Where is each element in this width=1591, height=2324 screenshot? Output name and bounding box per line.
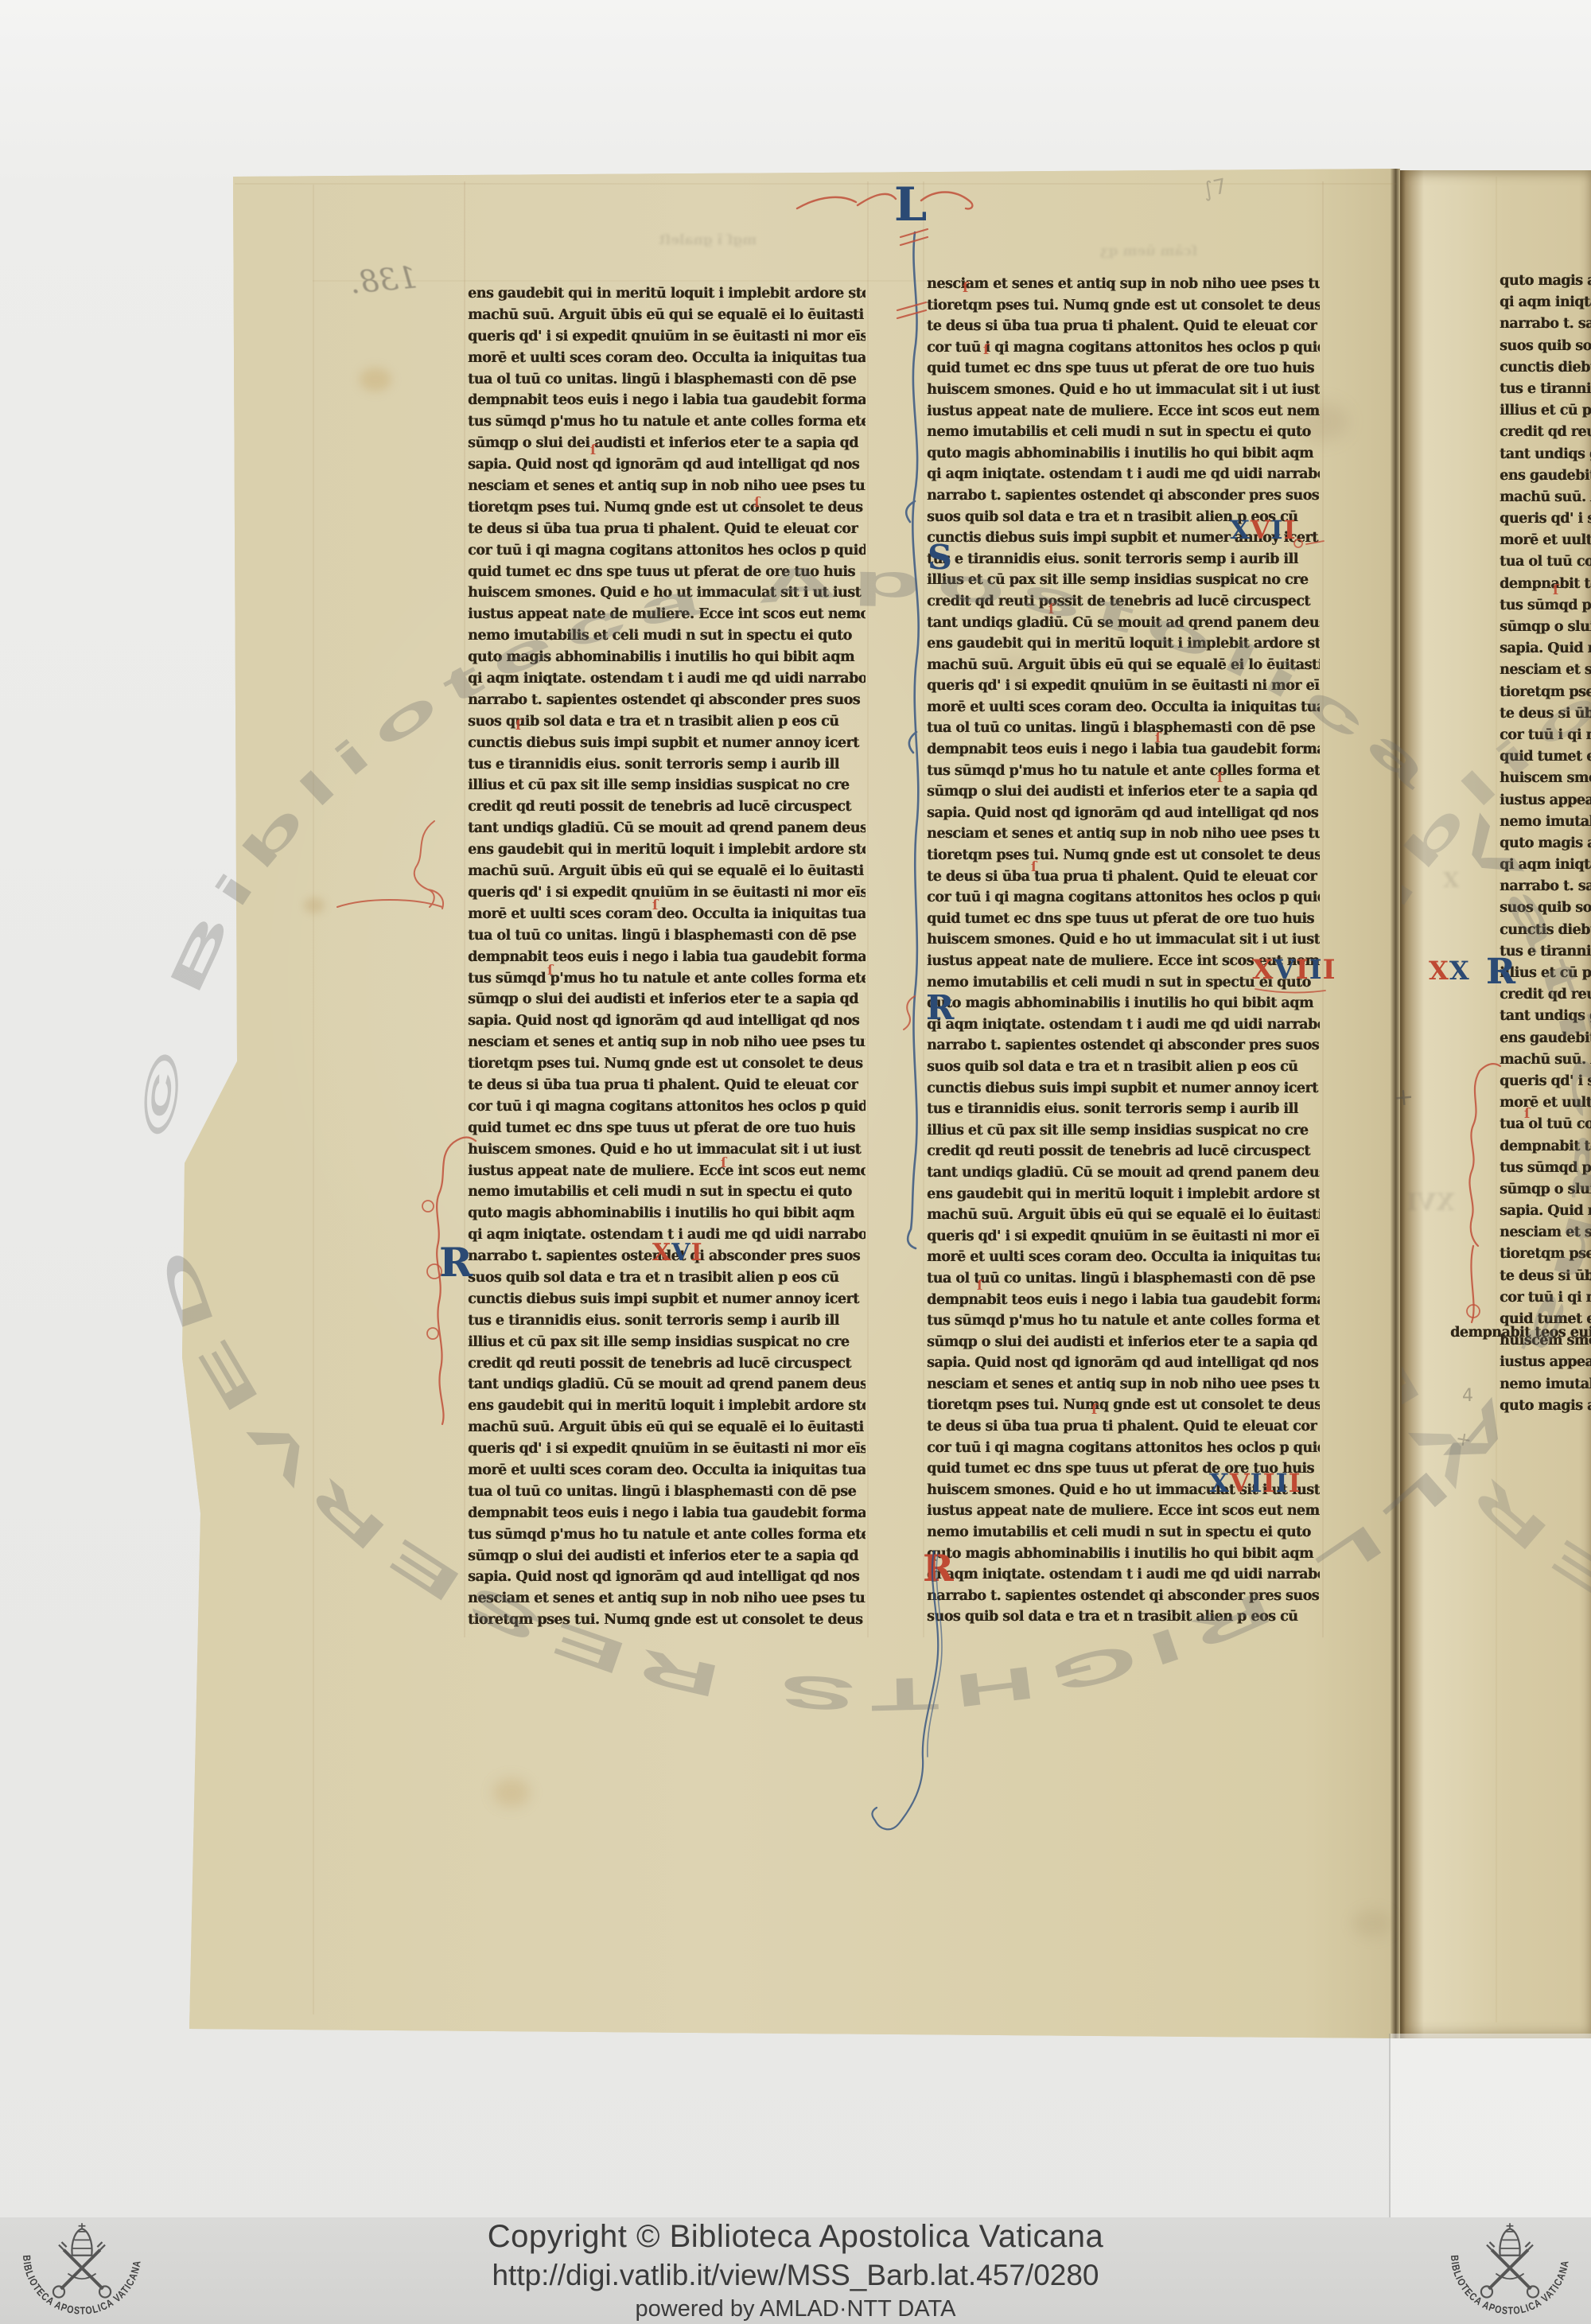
manuscript-text-line: te deus si ūba tua prua ti phalent. Quid… <box>927 1416 1320 1438</box>
illuminated-initial-L: L <box>894 181 927 228</box>
manuscript-text-line: nesciam et senes et antiq sup in nob nih… <box>927 823 1320 845</box>
manuscript-text-line: tua ol tuū co unitas. lingū i blasphemas… <box>468 925 866 947</box>
manuscript-text-line: credit qd reuti possit de tenebris ad lu… <box>468 1353 866 1375</box>
manuscript-text-line: machū suū. Arguit ūbis eū qui se equalē … <box>468 861 866 882</box>
manuscript-text-line: quto magis abhominabilis i inutilis ho q… <box>1500 833 1591 854</box>
manuscript-text-line: queris qd' i si expedit qnuiūm in se ēui… <box>468 326 866 348</box>
manuscript-text-line: huiscem smones. Quid e ho ut immaculat s… <box>1500 768 1591 789</box>
manuscript-text-line: sūmqp o slui dei audisti et inferios ete… <box>468 1546 866 1567</box>
manuscript-text-line: tioretqm pses tui. Numq gnde est ut cons… <box>468 1610 866 1631</box>
manuscript-text-line: cor tuū i qi magna cogitans attonitos he… <box>927 887 1320 909</box>
manuscript-text-line: nesciam et senes et antiq sup in nob nih… <box>468 1588 866 1610</box>
rubric-mark: ſ <box>963 280 968 296</box>
manuscript-text-line: huiscem smones. Quid e ho ut immaculat s… <box>927 929 1320 951</box>
manuscript-text-line: tus e tirannidis eius. sonit terroris se… <box>927 549 1320 570</box>
papal-keys-emblem <box>53 2223 111 2297</box>
manuscript-text-line: sūmqp o slui dei audisti et inferios ete… <box>1500 1179 1591 1201</box>
manuscript-text-line: qi aqm iniqtate. ostendam t i audi me qd… <box>468 668 866 690</box>
manuscript-text-line: suos quib sol data e tra et n trasibit a… <box>1500 336 1591 357</box>
manuscript-text-line: ens gaudebit qui in meritū loquit i impl… <box>1500 465 1591 487</box>
digitized-manuscript-scan: 138. ens gaudebit qui in meritū loquit i… <box>0 0 1591 2324</box>
manuscript-text-line: iustus appeat nate de muliere. Ecce int … <box>927 401 1320 422</box>
manuscript-text-line: dempnabit teos euis i nego i labia tua g… <box>468 947 866 968</box>
rubric-mark: ſ <box>754 495 760 511</box>
manuscript-text-line: tus e tirannidis eius. sonit terroris se… <box>1500 379 1591 400</box>
rubric-mark: ſ <box>590 442 596 458</box>
manuscript-text-line: sūmqp o slui dei audisti et inferios ete… <box>468 989 866 1010</box>
manuscript-text-line: tioretqm pses tui. Numq gnde est ut cons… <box>1500 682 1591 703</box>
vatican-library-logo-left: BIBLIOTECA APOSTOLICA VATICANA <box>6 2219 158 2324</box>
manuscript-text-line: tant undiqs gladiū. Cū se mouit ad qrend… <box>927 613 1320 634</box>
manuscript-text-line: tua ol tuū co unitas. lingū i blasphemas… <box>927 718 1320 739</box>
manuscript-text-line: narrabo t. sapientes ostendet qi abscond… <box>468 690 866 711</box>
pencil-annotation: 4 <box>1462 1386 1473 1406</box>
manuscript-text-line: nemo imutabilis et celi mudi n sut in sp… <box>927 422 1320 443</box>
manuscript-text-line: morē et uulti sces coram deo. Occulta ia… <box>468 1460 866 1481</box>
manuscript-text-line: suos quib sol data e tra et n trasibit a… <box>1500 897 1591 919</box>
manuscript-text-line: huiscem smones. Quid e ho ut immaculat s… <box>468 582 866 604</box>
manuscript-text-line: machū suū. Arguit ūbis eū qui se equalē … <box>468 305 866 326</box>
manuscript-text-line: cunctis diebus suis impi supbit et numer… <box>468 733 866 754</box>
manuscript-text-line: huiscem smones. Quid e ho ut immaculat s… <box>468 1139 866 1161</box>
chapter-numeral-XVI: XVI <box>652 1241 703 1265</box>
manuscript-text-line: nesciam et senes et antiq sup in nob nih… <box>468 476 866 497</box>
manuscript-text-line: narrabo t. sapientes ostendet qi abscond… <box>1500 313 1591 335</box>
rubric-mark: ſ <box>1155 730 1161 746</box>
manuscript-text-line: tant undiqs gladiū. Cū se mouit ad qrend… <box>468 1374 866 1396</box>
manuscript-text-line: morē et uulti sces coram deo. Occulta ia… <box>927 1247 1320 1268</box>
manuscript-text-line: te deus si ūba tua prua ti phalent. Quid… <box>468 1075 866 1096</box>
manuscript-text-line: quto magis abhominabilis i inutilis ho q… <box>1500 1396 1591 1417</box>
column-ruling-vertical <box>867 181 869 1637</box>
manuscript-text-line: nemo imutabilis et celi mudi n sut in sp… <box>1500 812 1591 833</box>
source-url: http://digi.vatlib.it/view/MSS_Barb.lat.… <box>492 2259 1099 2292</box>
manuscript-text-line: queris qd' i si expedit qnuiūm in se ēui… <box>927 1226 1320 1248</box>
manuscript-text-line: tus sūmqd p'mus ho tu natule et ante col… <box>468 1524 866 1546</box>
ink-showthrough-ghost: ueſaʒ tam <box>945 1165 1020 1181</box>
logo-arc-text: BIBLIOTECA APOSTOLICA VATICANA <box>1449 2255 1571 2317</box>
manuscript-text-line: tus e tirannidis eius. sonit terroris se… <box>468 1310 866 1332</box>
manuscript-text-line: tua ol tuū co unitas. lingū i blasphemas… <box>468 1481 866 1503</box>
background-seam-line <box>1389 2034 1391 2218</box>
manuscript-text-line: sapia. Quid nost qd ignorām qd aud intel… <box>1500 638 1591 660</box>
ink-showthrough-ghost: ſcām ūem qʒ <box>1101 243 1197 259</box>
manuscript-text-line: te deus si ūba tua prua ti phalent. Quid… <box>468 519 866 540</box>
manuscript-text-line: iustus appeat nate de muliere. Ecce int … <box>1500 1352 1591 1373</box>
manuscript-text-line: tus sūmqd p'mus ho tu natule et ante col… <box>927 761 1320 782</box>
manuscript-text-line: sūmqp o slui dei audisti et inferios ete… <box>927 1332 1320 1353</box>
manuscript-text-line: cunctis diebus suis impi supbit et numer… <box>1500 357 1591 379</box>
copyright-footer-bar: Copyright © Biblioteca Apostolica Vatica… <box>0 2217 1591 2324</box>
manuscript-text-line: suos quib sol data e tra et n trasibit a… <box>468 711 866 733</box>
manuscript-text-line: tua ol tuū co unitas. lingū i blasphemas… <box>1500 551 1591 573</box>
manuscript-text-line: tus sūmqd p'mus ho tu natule et ante col… <box>468 968 866 990</box>
manuscript-text-line: suos quib sol data e tra et n trasibit a… <box>468 1267 866 1289</box>
manuscript-text-line: tus sūmqd p'mus ho tu natule et ante col… <box>927 1310 1320 1332</box>
manuscript-text-line: iustus appeat nate de muliere. Ecce int … <box>927 1501 1320 1522</box>
manuscript-text-line: tus e tirannidis eius. sonit terroris se… <box>468 754 866 776</box>
logo-arc-text: BIBLIOTECA APOSTOLICA VATICANA <box>21 2255 143 2317</box>
illuminated-initial-R: R <box>439 1243 473 1283</box>
manuscript-text-line: tioretqm pses tui. Numq gnde est ut cons… <box>1500 1244 1591 1265</box>
manuscript-text-line: nemo imutabilis et celi mudi n sut in sp… <box>468 1181 866 1203</box>
pencil-annotation: + <box>1393 1083 1415 1112</box>
manuscript-text-line: cor tuū i qi magna cogitans attonitos he… <box>927 1438 1320 1459</box>
manuscript-text-line: narrabo t. sapientes ostendet qi abscond… <box>927 1035 1320 1057</box>
chapter-numeral-XVII: XVII <box>1230 517 1297 543</box>
manuscript-text-line: machū suū. Arguit ūbis eū qui se equalē … <box>927 655 1320 676</box>
rubric-mark: ſ <box>983 342 989 358</box>
manuscript-text-line: morē et uulti sces coram deo. Occulta ia… <box>1500 530 1591 551</box>
manuscript-text-line: quid tumet ec dns spe tuus ut pferat de … <box>468 562 866 583</box>
chapter-numeral-XX: XX <box>1429 958 1470 983</box>
manuscript-text-line: ens gaudebit qui in meritū loquit i impl… <box>468 839 866 861</box>
manuscript-text-line: illius et cū pax sit ille semp insidias … <box>468 775 866 796</box>
manuscript-text-line: tus sūmqd p'mus ho tu natule et ante col… <box>468 411 866 433</box>
margin-overflow-line: dempnabit teos euis i nego i labia tua g… <box>1450 1322 1591 1344</box>
manuscript-text-line: dempnabit teos euis i nego i labia tua g… <box>927 1290 1320 1311</box>
manuscript-text-line: iustus appeat nate de muliere. Ecce int … <box>468 604 866 625</box>
ink-showthrough-ghost: X <box>1443 869 1459 893</box>
manuscript-text-line: quto magis abhominabilis i inutilis ho q… <box>1500 271 1591 292</box>
manuscript-text-line: nesciam et senes et antiq sup in nob nih… <box>927 274 1320 295</box>
manuscript-text-line: cor tuū i qi magna cogitans attonitos he… <box>1500 725 1591 746</box>
manuscript-text-line: narrabo t. sapientes ostendet qi abscond… <box>927 485 1320 507</box>
manuscript-text-line: ens gaudebit qui in meritū loquit i impl… <box>468 283 866 305</box>
manuscript-text-line: tua ol tuū co unitas. lingū i blasphemas… <box>1500 1114 1591 1135</box>
manuscript-text-line: sapia. Quid nost qd ignorām qd aud intel… <box>468 1567 866 1588</box>
manuscript-text-line: machū suū. Arguit ūbis eū qui se equalē … <box>468 1417 866 1438</box>
parchment-stain <box>360 368 391 391</box>
manuscript-text-line: illius et cū pax sit ille semp insidias … <box>927 570 1320 591</box>
vatican-library-logo-right: BIBLIOTECA APOSTOLICA VATICANA <box>1434 2219 1585 2324</box>
manuscript-text-line: credit qd reuti possit de tenebris ad lu… <box>927 591 1320 613</box>
manuscript-text-line: tioretqm pses tui. Numq gnde est ut cons… <box>468 1053 866 1075</box>
rubric-mark: ſ <box>1217 770 1223 786</box>
manuscript-text-line: nemo imutabilis et celi mudi n sut in sp… <box>927 1522 1320 1543</box>
manuscript-text-line: tioretqm pses tui. Numq gnde est ut cons… <box>927 295 1320 317</box>
illuminated-initial-S: S <box>928 541 951 574</box>
manuscript-text-line: qi aqm iniqtate. ostendam t i audi me qd… <box>1500 854 1591 876</box>
rubric-mark: ſ <box>1553 582 1558 598</box>
column-ruling-vertical <box>923 181 924 1637</box>
column-ruling-vertical <box>1496 177 1497 2022</box>
manuscript-text-line: nesciam et senes et antiq sup in nob nih… <box>468 1032 866 1053</box>
manuscript-text-line: tant undiqs gladiū. Cū se mouit ad qrend… <box>468 818 866 839</box>
manuscript-text-line: queris qd' i si expedit qnuiūm in se ēui… <box>1500 508 1591 530</box>
manuscript-text-line: suos quib sol data e tra et n trasibit a… <box>927 1606 1320 1628</box>
manuscript-text-line: quto magis abhominabilis i inutilis ho q… <box>468 1203 866 1224</box>
manuscript-text-line: cor tuū i qi magna cogitans attonitos he… <box>468 540 866 562</box>
column-ruling-vertical <box>464 181 465 1637</box>
manuscript-text-line: te deus si ūba tua prua ti phalent. Quid… <box>1500 703 1591 725</box>
manuscript-text-line: ens gaudebit qui in meritū loquit i impl… <box>1500 1028 1591 1049</box>
manuscript-text-line: iustus appeat nate de muliere. Ecce int … <box>1500 790 1591 812</box>
manuscript-text-line: morē et uulti sces coram deo. Occulta ia… <box>927 697 1320 718</box>
manuscript-text-line: tioretqm pses tui. Numq gnde est ut cons… <box>927 1395 1320 1416</box>
manuscript-text-line: cor tuū i qi magna cogitans attonitos he… <box>468 1096 866 1118</box>
manuscript-text-line: tus sūmqd p'mus ho tu natule et ante col… <box>1500 1158 1591 1179</box>
manuscript-text-line: te deus si ūba tua prua ti phalent. Quid… <box>1500 1266 1591 1287</box>
manuscript-text-line: narrabo t. sapientes ostendet qi abscond… <box>1500 876 1591 897</box>
manuscript-text-line: narrabo t. sapientes ostendet qi abscond… <box>927 1586 1320 1607</box>
illuminated-initial-R: R <box>1486 955 1515 990</box>
illuminated-initial-R: R <box>923 1550 953 1586</box>
folio-number-pencil: 138. <box>348 259 418 300</box>
parchment-stain <box>1352 1909 1392 1937</box>
manuscript-text-line: dempnabit teos euis i nego i labia tua g… <box>1500 1136 1591 1158</box>
manuscript-text-line: cunctis diebus suis impi supbit et numer… <box>468 1289 866 1310</box>
manuscript-text-line: tua ol tuū co unitas. lingū i blasphemas… <box>468 369 866 391</box>
manuscript-text-line: quto magis abhominabilis i inutilis ho q… <box>927 993 1320 1014</box>
manuscript-text-line: queris qd' i si expedit qnuiūm in se ēui… <box>468 1438 866 1460</box>
manuscript-text-line: machū suū. Arguit ūbis eū qui se equalē … <box>927 1205 1320 1226</box>
manuscript-text-line: sūmqp o slui dei audisti et inferios ete… <box>1500 617 1591 638</box>
manuscript-text-line: sapia. Quid nost qd ignorām qd aud intel… <box>468 1010 866 1032</box>
illuminated-initial-R: R <box>926 991 954 1025</box>
rubric-mark: ſ <box>652 897 658 913</box>
manuscript-text-line: machū suū. Arguit ūbis eū qui se equalē … <box>1500 487 1591 508</box>
manuscript-text-line: nemo imutabilis et celi mudi n sut in sp… <box>1500 1374 1591 1396</box>
manuscript-text-line: suos quib sol data e tra et n trasibit a… <box>927 1057 1320 1078</box>
text-column-facing-page: quto magis abhominabilis i inutilis ho q… <box>1500 271 1591 1417</box>
manuscript-text-line: tus e tirannidis eius. sonit terroris se… <box>927 1099 1320 1120</box>
manuscript-text-line: morē et uulti sces coram deo. Occulta ia… <box>468 348 866 369</box>
chapter-numeral-XVIIII: XVIIII <box>1209 1470 1301 1496</box>
manuscript-text-line: dempnabit teos euis i nego i labia tua g… <box>468 1503 866 1524</box>
rubric-mark: ſ <box>721 1155 726 1171</box>
manuscript-text-line: nesciam et senes et antiq sup in nob nih… <box>1500 660 1591 681</box>
manuscript-text-line: iustus appeat nate de muliere. Ecce int … <box>468 1161 866 1182</box>
manuscript-text-line: morē et uulti sces coram deo. Occulta ia… <box>468 904 866 925</box>
background-strip <box>1391 2034 1591 2218</box>
manuscript-text-line: cunctis diebus suis impi supbit et numer… <box>1500 920 1591 941</box>
manuscript-text-line: queris qd' i si expedit qnuiūm in se ēui… <box>927 675 1320 697</box>
manuscript-text-line: sūmqp o slui dei audisti et inferios ete… <box>468 433 866 454</box>
manuscript-text-line: cor tuū i qi magna cogitans attonitos he… <box>1500 1287 1591 1309</box>
manuscript-text-line: machū suū. Arguit ūbis eū qui se equalē … <box>1500 1049 1591 1071</box>
rubric-mark: ſ <box>977 1278 982 1294</box>
manuscript-text-line: illius et cū pax sit ille semp insidias … <box>468 1332 866 1353</box>
manuscript-text-line: queris qd' i si expedit qnuiūm in se ēui… <box>1500 1071 1591 1092</box>
manuscript-text-line: huiscem smones. Quid e ho ut immaculat s… <box>927 380 1320 401</box>
column-ruling-vertical <box>1322 181 1324 1637</box>
manuscript-text-line: qi aqm iniqtate. ostendam t i audi me qd… <box>927 1014 1320 1036</box>
manuscript-text-line: credit qd reuti possit de tenebris ad lu… <box>1500 422 1591 443</box>
manuscript-text-line: sapia. Quid nost qd ignorām qd aud intel… <box>927 1353 1320 1374</box>
manuscript-text-line: nesciam et senes et antiq sup in nob nih… <box>1500 1222 1591 1244</box>
manuscript-text-line: quid tumet ec dns spe tuus ut pferat de … <box>927 358 1320 380</box>
parchment-stain <box>493 1778 530 1807</box>
ink-showthrough-ghost: XVI <box>1406 1189 1455 1216</box>
margin-ruling-vertical <box>313 185 314 2015</box>
manuscript-text-line: tioretqm pses tui. Numq gnde est ut cons… <box>927 845 1320 866</box>
manuscript-text-line: quto magis abhominabilis i inutilis ho q… <box>927 1543 1320 1565</box>
papal-keys-emblem <box>1481 2223 1538 2297</box>
manuscript-text-line: nesciam et senes et antiq sup in nob nih… <box>927 1374 1320 1396</box>
manuscript-text-line: qi aqm iniqtate. ostendam t i audi me qd… <box>1500 292 1591 313</box>
manuscript-text-line: dempnabit teos euis i nego i labia tua g… <box>468 390 866 411</box>
ink-showthrough-ghost: mgſ ĩ gnaleſt <box>659 232 757 248</box>
rubric-mark: ſ <box>1524 1106 1530 1122</box>
rubric-mark: ſ <box>515 718 521 734</box>
text-column-right: nesciam et senes et antiq sup in nob nih… <box>927 274 1320 1628</box>
manuscript-text-line: tus sūmqd p'mus ho tu natule et ante col… <box>1500 595 1591 617</box>
manuscript-text-line: dempnabit teos euis i nego i labia tua g… <box>1450 1322 1591 1344</box>
manuscript-text-line: tant undiqs gladiū. Cū se mouit ad qrend… <box>1500 444 1591 465</box>
text-column-left: ens gaudebit qui in meritū loquit i impl… <box>468 283 866 1631</box>
manuscript-text-line: quto magis abhominabilis i inutilis ho q… <box>468 647 866 668</box>
chapter-numeral-XVIII: XVIII <box>1252 956 1336 983</box>
manuscript-text-line: cunctis diebus suis impi supbit et numer… <box>927 1078 1320 1100</box>
manuscript-text-line: te deus si ūba tua prua ti phalent. Quid… <box>927 316 1320 337</box>
powered-by-line: powered by AMLAD·NTT DATA <box>636 2296 956 2322</box>
rubric-mark: ſ <box>547 963 553 979</box>
rubric-mark: ſ <box>1091 1402 1097 1418</box>
manuscript-text-line: ens gaudebit qui in meritū loquit i impl… <box>468 1396 866 1417</box>
manuscript-text-line: quid tumet ec dns spe tuus ut pferat de … <box>468 1118 866 1139</box>
manuscript-text-line: quid tumet ec dns spe tuus ut pferat de … <box>1500 746 1591 768</box>
rubric-mark: ſ <box>1048 601 1054 617</box>
pencil-annotation: ∫7 <box>1200 174 1229 203</box>
manuscript-text-line: sapia. Quid nost qd ignorām qd aud intel… <box>1500 1201 1591 1222</box>
manuscript-text-line: sapia. Quid nost qd ignorām qd aud intel… <box>468 454 866 476</box>
copyright-line: Copyright © Biblioteca Apostolica Vatica… <box>488 2219 1104 2255</box>
rubric-mark: ſ <box>1031 859 1037 875</box>
manuscript-text-line: nemo imutabilis et celi mudi n sut in sp… <box>468 625 866 647</box>
manuscript-text-line: dempnabit teos euis i nego i labia tua g… <box>927 739 1320 761</box>
manuscript-text-line: tua ol tuū co unitas. lingū i blasphemas… <box>927 1268 1320 1290</box>
manuscript-text-line: morē et uulti sces coram deo. Occulta ia… <box>1500 1092 1591 1114</box>
manuscript-text-line: queris qd' i si expedit qnuiūm in se ēui… <box>468 882 866 904</box>
manuscript-text-line: ens gaudebit qui in meritū loquit i impl… <box>927 633 1320 655</box>
manuscript-text-line: te deus si ūba tua prua ti phalent. Quid… <box>927 866 1320 888</box>
manuscript-text-line: credit qd reuti possit de tenebris ad lu… <box>927 1141 1320 1162</box>
manuscript-text-line: qi aqm iniqtate. ostendam t i audi me qd… <box>927 464 1320 485</box>
manuscript-text-line: credit qd reuti possit de tenebris ad lu… <box>468 796 866 818</box>
manuscript-text-line: illius et cū pax sit ille semp insidias … <box>1500 400 1591 422</box>
manuscript-text-line: dempnabit teos euis i nego i labia tua g… <box>1500 574 1591 595</box>
manuscript-text-line: quid tumet ec dns spe tuus ut pferat de … <box>927 909 1320 930</box>
parchment-stain <box>304 897 325 913</box>
manuscript-text-line: qi aqm iniqtate. ostendam t i audi me qd… <box>927 1564 1320 1586</box>
manuscript-text-line: ens gaudebit qui in meritū loquit i impl… <box>927 1184 1320 1205</box>
manuscript-text-line: sūmqp o slui dei audisti et inferios ete… <box>927 781 1320 803</box>
manuscript-text-line: tant undiqs gladiū. Cū se mouit ad qrend… <box>1500 1006 1591 1027</box>
manuscript-text-line: illius et cū pax sit ille semp insidias … <box>927 1120 1320 1142</box>
manuscript-text-line: sapia. Quid nost qd ignorām qd aud intel… <box>927 803 1320 824</box>
manuscript-text-line: tioretqm pses tui. Numq gnde est ut cons… <box>468 497 866 519</box>
manuscript-text-line: quto magis abhominabilis i inutilis ho q… <box>927 443 1320 465</box>
